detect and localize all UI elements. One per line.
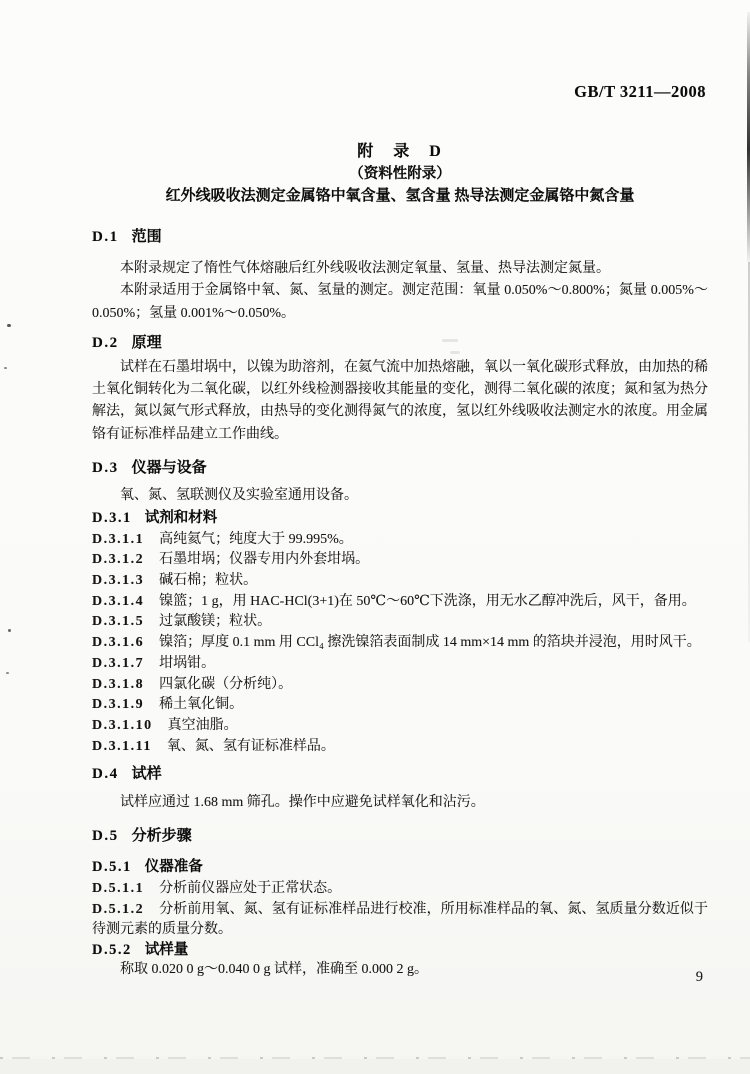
clause-text: 稀土氧化铜。 [159,697,243,712]
scan-speck [8,629,11,632]
clause-text: 高纯氦气；纯度大于 99.995%。 [159,532,353,547]
clause-title: 仪器与设备 [132,460,207,476]
paragraph: 试样在石墨坩埚中，以镍为助溶剂，在氦气流中加热熔融，氧以一氧化碳形式释放，由加热… [92,357,708,446]
clause-number: D.5.1.1 [92,881,144,896]
section-body-d52: 称取 0.020 0 g～0.040 0 g 试样，准确至 0.000 2 g。 [92,960,708,980]
clause-number: D.3.1.8 [92,677,144,692]
scan-speck [6,672,9,674]
paragraph: 试样应通过 1.68 mm 筛孔。操作中应避免试样氧化和沾污。 [92,793,708,813]
scan-speck [7,324,11,327]
scan-smudge [442,339,458,342]
clause-text: 四氯化碳（分析纯）。 [159,677,292,692]
appendix-title: 附 录 D [92,142,708,162]
section-body-d2: 试样在石墨坩埚中，以镍为助溶剂，在氦气流中加热熔融，氧以一氧化碳形式释放，由加热… [92,357,708,446]
subsection-heading-d52: D.5.2试样量 [92,941,708,960]
clause-number: D.3.1.4 [92,594,144,609]
clause-item: D.3.1.2石墨坩埚；仪器专用内外套坩埚。 [92,550,708,571]
clause-number: D.1 [92,229,119,245]
clause-text: 镍篮；1 g，用 HAC-HCl(3+1)在 50℃～60℃下洗涤，用无水乙醇冲… [159,594,696,609]
section-body-d4: 试样应通过 1.68 mm 筛孔。操作中应避免试样氧化和沾污。 [92,793,708,813]
scan-smudge [450,351,460,354]
procedure-list: D.5.1.1分析前仪器应处于正常状态。 D.5.1.2分析前用氧、氮、氢有证标… [92,879,708,941]
clause-number: D.4 [92,766,119,782]
page-content: 附 录 D （资料性附录） 红外线吸收法测定金属铬中氧含量、氢含量 热导法测定金… [92,0,708,980]
clause-text: 过氯酸镁；粒状。 [159,614,271,629]
section-heading-d5: D.5分析步骤 [92,827,708,846]
clause-number: D.3.1.6 [92,635,144,650]
clause-number: D.5 [92,828,119,844]
clause-number: D.3.1.3 [92,573,144,588]
clause-item: D.5.1.1分析前仪器应处于正常状态。 [92,879,708,900]
paragraph: 称取 0.020 0 g～0.040 0 g 试样，准确至 0.000 2 g。 [92,960,708,980]
clause-item: D.5.1.2分析前用氧、氮、氢有证标准样品进行校准，所用标准样品的氧、氮、氢质… [92,900,708,941]
clause-number: D.2 [92,335,119,351]
clause-number: D.3.1.1 [92,532,144,547]
clause-text: 分析前用氧、氮、氢有证标准样品进行校准，所用标准样品的氧、氮、氢质量分数近似于待… [92,902,708,938]
clause-item: D.3.1.1高纯氦气；纯度大于 99.995%。 [92,530,708,551]
clause-title: 仪器准备 [145,859,203,875]
clause-number: D.5.1.2 [92,902,144,917]
appendix-main-title: 红外线吸收法测定金属铬中氧含量、氢含量 热导法测定金属铬中氮含量 [92,186,708,207]
section-body-d1: 本附录规定了惰性气体熔融后红外线吸收法测定氧量、氢量、热导法测定氮量。 本附录适… [92,258,708,325]
clause-item: D.3.1.8四氯化碳（分析纯）。 [92,675,708,696]
section-heading-d3: D.3仪器与设备 [92,459,708,478]
scanned-document-page: GB/T 3211—2008 附 录 D （资料性附录） 红外线吸收法测定金属铬… [0,0,750,1074]
section-heading-d4: D.4试样 [92,765,708,784]
clause-title: 范围 [132,229,162,245]
clause-title: 试样 [132,766,162,782]
appendix-header: 附 录 D （资料性附录） 红外线吸收法测定金属铬中氧含量、氢含量 热导法测定金… [92,142,708,207]
clause-number: D.3.1.7 [92,656,144,671]
clause-item: D.3.1.3碱石棉；粒状。 [92,571,708,592]
clause-number: D.3.1.5 [92,614,144,629]
section-heading-d1: D.1范围 [92,228,708,247]
scan-speck [4,367,7,369]
clause-number: D.3.1.11 [92,739,152,754]
scan-bottom-shading [0,1059,750,1074]
subsection-heading-d31: D.3.1试剂和材料 [92,509,708,528]
subsection-heading-d51: D.5.1仪器准备 [92,858,708,877]
clause-number: D.3.1.9 [92,697,144,712]
reagent-list: D.3.1.1高纯氦气；纯度大于 99.995%。 D.3.1.2石墨坩埚；仪器… [92,530,708,758]
clause-text: 石墨坩埚；仪器专用内外套坩埚。 [159,552,369,567]
clause-item: D.3.1.7坩埚钳。 [92,654,708,675]
clause-item: D.3.1.4镍篮；1 g，用 HAC-HCl(3+1)在 50℃～60℃下洗涤… [92,592,708,613]
page-number: 9 [696,969,703,986]
clause-title: 原理 [132,335,162,351]
clause-number: D.5.1 [92,859,132,875]
clause-title: 试样量 [145,942,189,958]
clause-text: 氧、氮、氢有证标准样品。 [167,739,335,754]
appendix-subtitle: （资料性附录） [92,164,708,185]
clause-item: D.3.1.9稀土氧化铜。 [92,695,708,716]
paragraph: 氧、氮、氢联测仪及实验室通用设备。 [92,486,708,506]
section-body-d3: 氧、氮、氢联测仪及实验室通用设备。 [92,486,708,506]
clause-text: 真空油脂。 [168,718,238,733]
clause-number: D.5.2 [92,942,132,958]
clause-number: D.3.1.10 [92,718,153,733]
clause-title: 分析步骤 [132,828,192,844]
clause-item: D.3.1.10真空油脂。 [92,716,708,737]
clause-text: 坩埚钳。 [159,656,215,671]
clause-text: 分析前仪器应处于正常状态。 [159,881,341,896]
section-heading-d2: D.2原理 [92,334,708,353]
clause-title: 试剂和材料 [145,510,218,526]
clause-text: 镍箔；厚度 0.1 mm 用 CCl₄ 擦洗镍箔表面制成 14 mm×14 mm… [159,635,701,650]
clause-item: D.3.1.5过氯酸镁；粒状。 [92,612,708,633]
clause-number: D.3.1.2 [92,552,144,567]
clause-item: D.3.1.6镍箔；厚度 0.1 mm 用 CCl₄ 擦洗镍箔表面制成 14 m… [92,633,708,654]
clause-number: D.3.1 [92,510,132,526]
paragraph: 本附录适用于金属铬中氧、氮、氢量的测定。测定范围：氧量 0.050%～0.800… [92,280,708,325]
paragraph: 本附录规定了惰性气体熔融后红外线吸收法测定氧量、氢量、热导法测定氮量。 [92,258,708,280]
clause-number: D.3 [92,460,119,476]
clause-item: D.3.1.11氧、氮、氢有证标准样品。 [92,737,708,758]
clause-text: 碱石棉；粒状。 [159,573,257,588]
